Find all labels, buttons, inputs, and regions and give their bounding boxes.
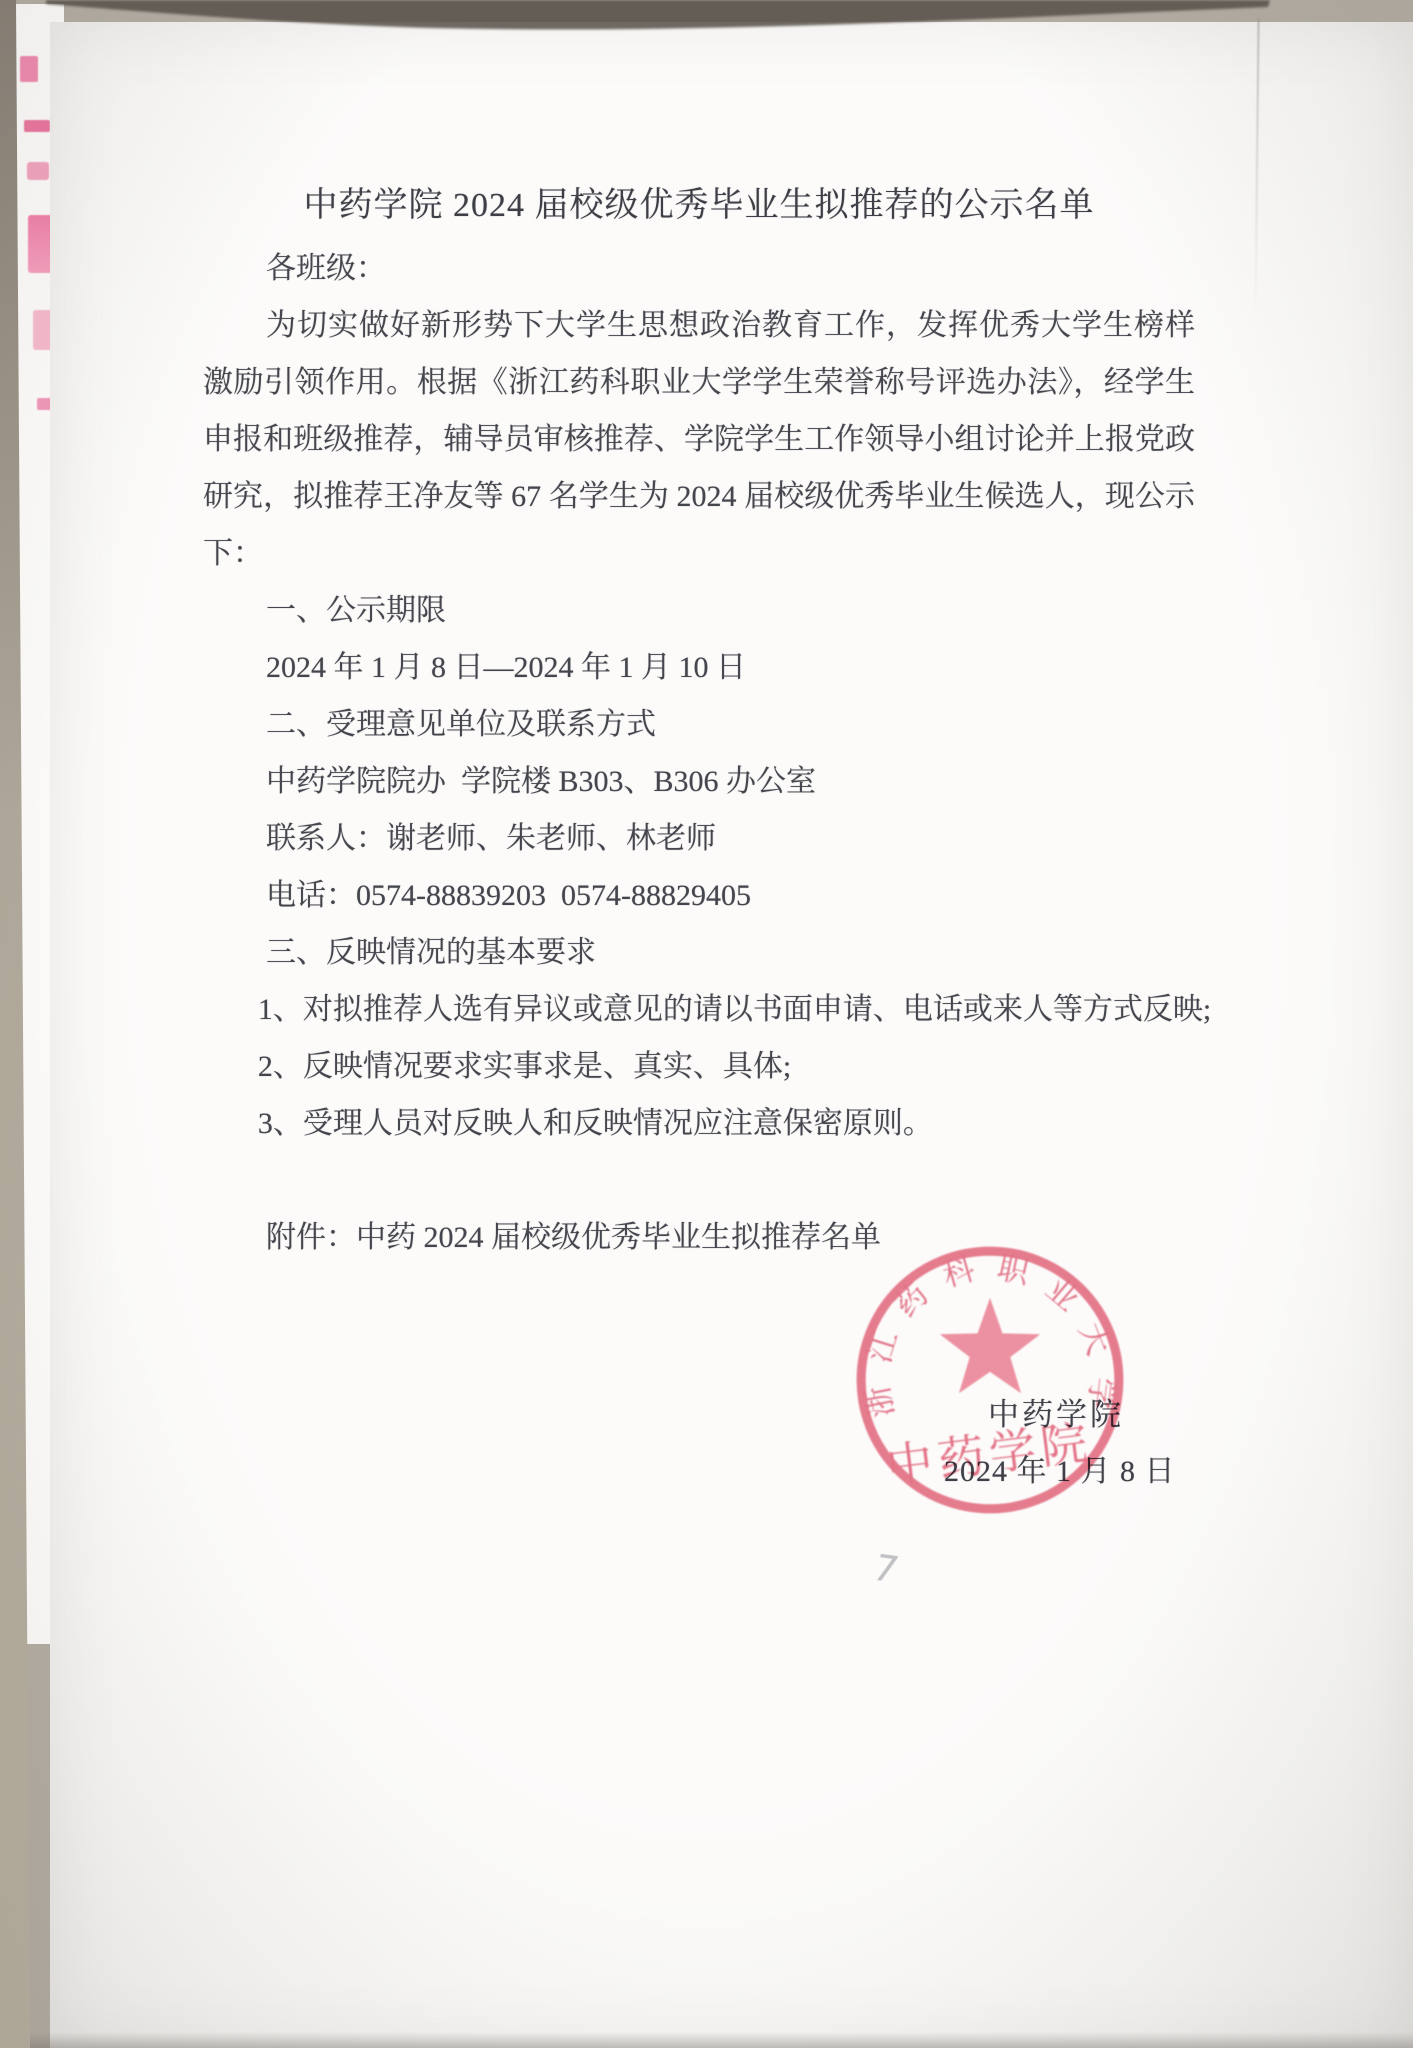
salutation: 各班级： (203, 240, 1195, 297)
paragraph-line: 研究，拟推荐王净友等 67 名学生为 2024 届校级优秀毕业生候选人，现公示如 (203, 468, 1195, 525)
paragraph-line: 申报和班级推荐，辅导员审核推荐、学院学生工作领导小组讨论并上报党政联席 (203, 411, 1195, 468)
section2-office: 中药学院院办 学院楼 B303、B306 办公室 (203, 753, 1195, 810)
section1-period: 2024 年 1 月 8 日—2024 年 1 月 10 日 (203, 639, 1195, 696)
page-title: 中药学院 2024 届校级优秀毕业生拟推荐的公示名单 (203, 177, 1195, 234)
paragraph-line: 激励引领作用。根据《浙江药科职业大学学生荣誉称号评选办法》，经学生自主 (203, 354, 1195, 411)
paragraph-line: 为切实做好新形势下大学生思想政治教育工作，发挥优秀大学生榜样示范的 (203, 297, 1195, 354)
scanned-notice-photo: 中药学院 2024 届校级优秀毕业生拟推荐的公示名单 各班级： 为切实做好新形势… (0, 0, 1413, 2048)
section2-contacts: 联系人：谢老师、朱老师、林老师 (203, 810, 1195, 867)
section1-heading: 一、公示期限 (203, 582, 1195, 639)
section3-heading: 三、反映情况的基本要求 (203, 924, 1195, 981)
seal-star-icon (940, 1298, 1040, 1393)
section3-item: 3、受理人员对反映人和反映情况应注意保密原则。 (203, 1095, 1195, 1152)
section3-item: 2、反映情况要求实事求是、真实、具体; (203, 1038, 1195, 1095)
scan-bottom-shadow (0, 2032, 1413, 2048)
notice-document: 中药学院 2024 届校级优秀毕业生拟推荐的公示名单 各班级： 为切实做好新形势… (0, 0, 1413, 2048)
notice-body: 各班级： 为切实做好新形势下大学生思想政治教育工作，发挥优秀大学生榜样示范的 激… (203, 240, 1195, 1266)
blank-line (203, 1152, 1195, 1209)
section3-item: 1、对拟推荐人选有异议或意见的请以书面申请、电话或来人等方式反映; (203, 981, 1195, 1038)
pencil-mark: 7 (868, 1548, 902, 1591)
section2-heading: 二、受理意见单位及联系方式 (203, 696, 1195, 753)
official-seal: 浙江药科职业大学 中药学院 (851, 1241, 1129, 1519)
paragraph-line: 下： (203, 525, 1195, 582)
section2-phone: 电话：0574-88839203 0574-88829405 (203, 867, 1195, 924)
